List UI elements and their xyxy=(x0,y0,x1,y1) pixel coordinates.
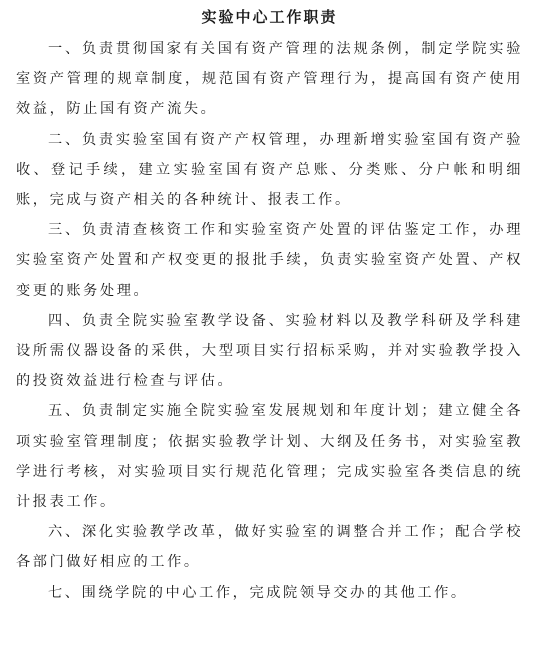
duty-paragraph-5: 五、负责制定实施全院实验室发展规划和年度计划；建立健全各项实验室管理制度；依据实… xyxy=(16,396,523,517)
duty-paragraph-2: 二、负责实验室国有资产产权管理，办理新增实验室国有资产验收、登记手续，建立实验室… xyxy=(16,125,523,216)
document-page: 实验中心工作职责 一、负责贯彻国家有关国有资产管理的法规条例，制定学院实验室资产… xyxy=(0,0,535,666)
duty-paragraph-6: 六、深化实验教学改革，做好实验室的调整合并工作；配合学校各部门做好相应的工作。 xyxy=(16,517,523,577)
document-title: 实验中心工作职责 xyxy=(16,4,523,30)
duty-paragraph-4: 四、负责全院实验室教学设备、实验材料以及教学科研及学科建设所需仪器设备的采供，大… xyxy=(16,306,523,397)
duty-paragraph-3: 三、负责清查核资工作和实验室资产处置的评估鉴定工作，办理实验室资产处置和产权变更… xyxy=(16,215,523,306)
duty-paragraph-1: 一、负责贯彻国家有关国有资产管理的法规条例，制定学院实验室资产管理的规章制度，规… xyxy=(16,34,523,125)
duty-paragraph-7: 七、围绕学院的中心工作，完成院领导交办的其他工作。 xyxy=(16,578,523,608)
